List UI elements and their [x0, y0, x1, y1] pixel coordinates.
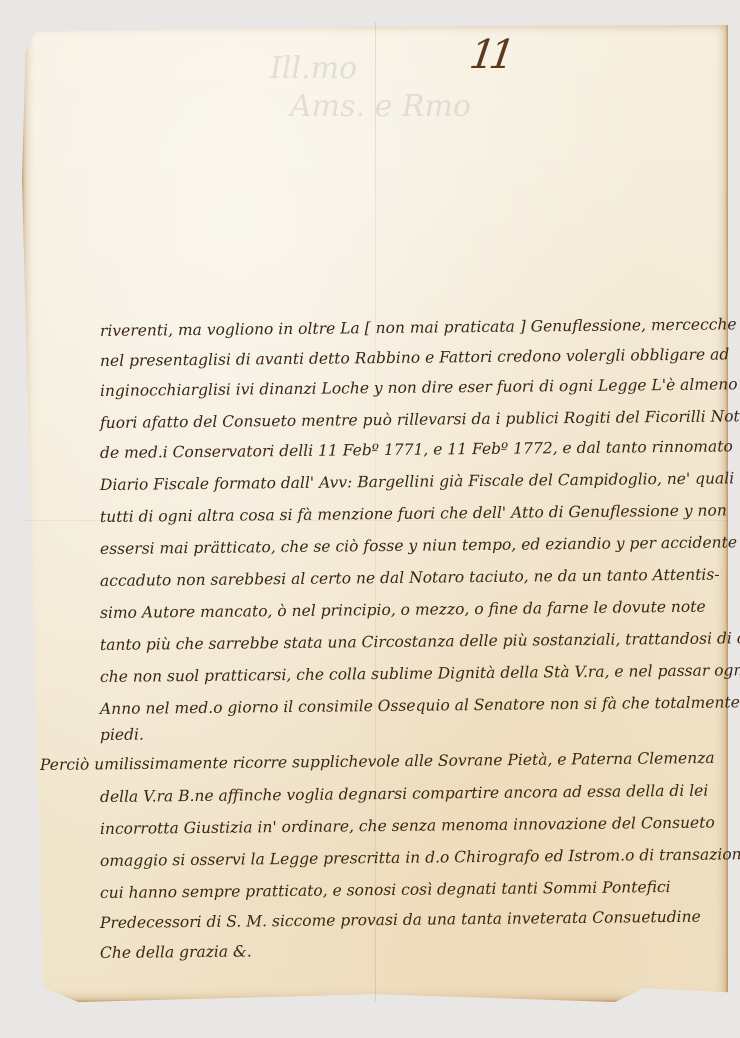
text-line: Che della grazia &.	[100, 942, 252, 962]
folio-number: 11	[467, 32, 512, 78]
faint-line-1: Ill.mo	[270, 50, 471, 88]
text-line: piedi.	[100, 726, 144, 744]
faint-line-2: Ams. e Rmo	[290, 88, 471, 126]
faint-show-through-text: Ill.mo Ams. e Rmo	[270, 50, 471, 126]
